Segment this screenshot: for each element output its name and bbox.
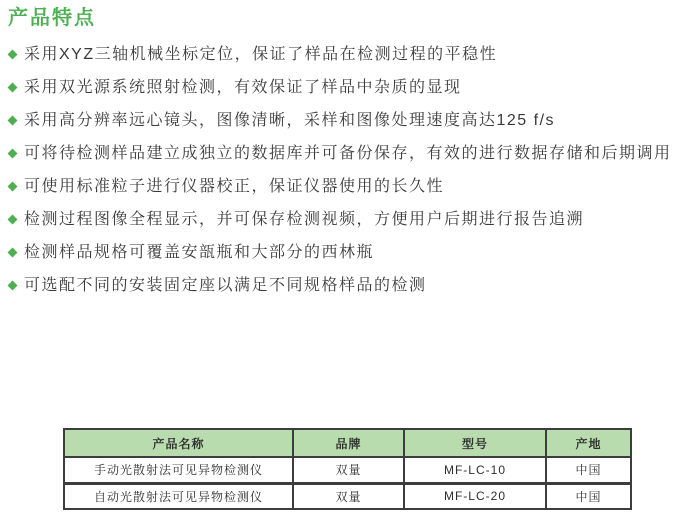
feature-text: 检测样品规格可覆盖安瓿瓶和大部分的西林瓶 <box>24 244 374 261</box>
feature-text: 采用双光源系统照射检测，有效保证了样品中杂质的显现 <box>24 79 462 96</box>
diamond-bullet-icon <box>8 83 18 93</box>
diamond-bullet-icon <box>8 50 18 60</box>
feature-text: 可将待检测样品建立成独立的数据库并可备份保存，有效的进行数据存储和后期调用 <box>24 145 672 162</box>
diamond-bullet-icon <box>8 248 18 258</box>
product-spec-table-container: 产品名称 品牌 型号 产地 手动光散射法可见异物检测仪 双量 MF-LC-10 … <box>63 428 632 510</box>
page-title: 产品特点 <box>8 6 691 30</box>
table-row: 手动光散射法可见异物检测仪 双量 MF-LC-10 中国 <box>64 457 631 483</box>
feature-item: 检测过程图像全程显示，并可保存检测视频，方便用户后期进行报告追溯 <box>0 203 691 236</box>
feature-text: 可使用标准粒子进行仪器校正，保证仪器使用的长久性 <box>24 178 444 195</box>
header-brand: 品牌 <box>293 429 404 457</box>
feature-text: 采用XYZ三轴机械坐标定位，保证了样品在检测过程的平稳性 <box>24 46 497 63</box>
feature-item: 采用XYZ三轴机械坐标定位，保证了样品在检测过程的平稳性 <box>0 38 691 71</box>
feature-item: 可将待检测样品建立成独立的数据库并可备份保存，有效的进行数据存储和后期调用 <box>0 137 691 170</box>
table-header-row: 产品名称 品牌 型号 产地 <box>64 429 631 457</box>
header-origin: 产地 <box>546 429 631 457</box>
cell-brand: 双量 <box>293 457 404 483</box>
cell-product-name: 手动光散射法可见异物检测仪 <box>64 457 293 483</box>
feature-item: 检测样品规格可覆盖安瓿瓶和大部分的西林瓶 <box>0 236 691 269</box>
cell-brand: 双量 <box>293 483 404 509</box>
cell-model: MF-LC-10 <box>404 457 546 483</box>
diamond-bullet-icon <box>8 149 18 159</box>
feature-item: 可使用标准粒子进行仪器校正，保证仪器使用的长久性 <box>0 170 691 203</box>
table-row: 自动光散射法可见异物检测仪 双量 MF-LC-20 中国 <box>64 483 631 509</box>
diamond-bullet-icon <box>8 182 18 192</box>
diamond-bullet-icon <box>8 116 18 126</box>
cell-product-name: 自动光散射法可见异物检测仪 <box>64 483 293 509</box>
feature-item: 可选配不同的安装固定座以满足不同规格样品的检测 <box>0 269 691 302</box>
feature-text: 可选配不同的安装固定座以满足不同规格样品的检测 <box>24 277 427 294</box>
feature-item: 采用高分辨率远心镜头，图像清晰，采样和图像处理速度高达125 f/s <box>0 104 691 137</box>
product-feature-page: { "title": "产品特点", "features": [ "采用XYZ三… <box>0 0 691 524</box>
product-spec-table: 产品名称 品牌 型号 产地 手动光散射法可见异物检测仪 双量 MF-LC-10 … <box>63 428 632 510</box>
cell-model: MF-LC-20 <box>404 483 546 509</box>
diamond-bullet-icon <box>8 281 18 291</box>
feature-list: 采用XYZ三轴机械坐标定位，保证了样品在检测过程的平稳性 采用双光源系统照射检测… <box>0 38 691 302</box>
header-product-name: 产品名称 <box>64 429 293 457</box>
feature-text: 检测过程图像全程显示，并可保存检测视频，方便用户后期进行报告追溯 <box>24 211 584 228</box>
cell-origin: 中国 <box>546 483 631 509</box>
feature-text: 采用高分辨率远心镜头，图像清晰，采样和图像处理速度高达125 f/s <box>24 112 555 129</box>
header-model: 型号 <box>404 429 546 457</box>
cell-origin: 中国 <box>546 457 631 483</box>
diamond-bullet-icon <box>8 215 18 225</box>
feature-item: 采用双光源系统照射检测，有效保证了样品中杂质的显现 <box>0 71 691 104</box>
